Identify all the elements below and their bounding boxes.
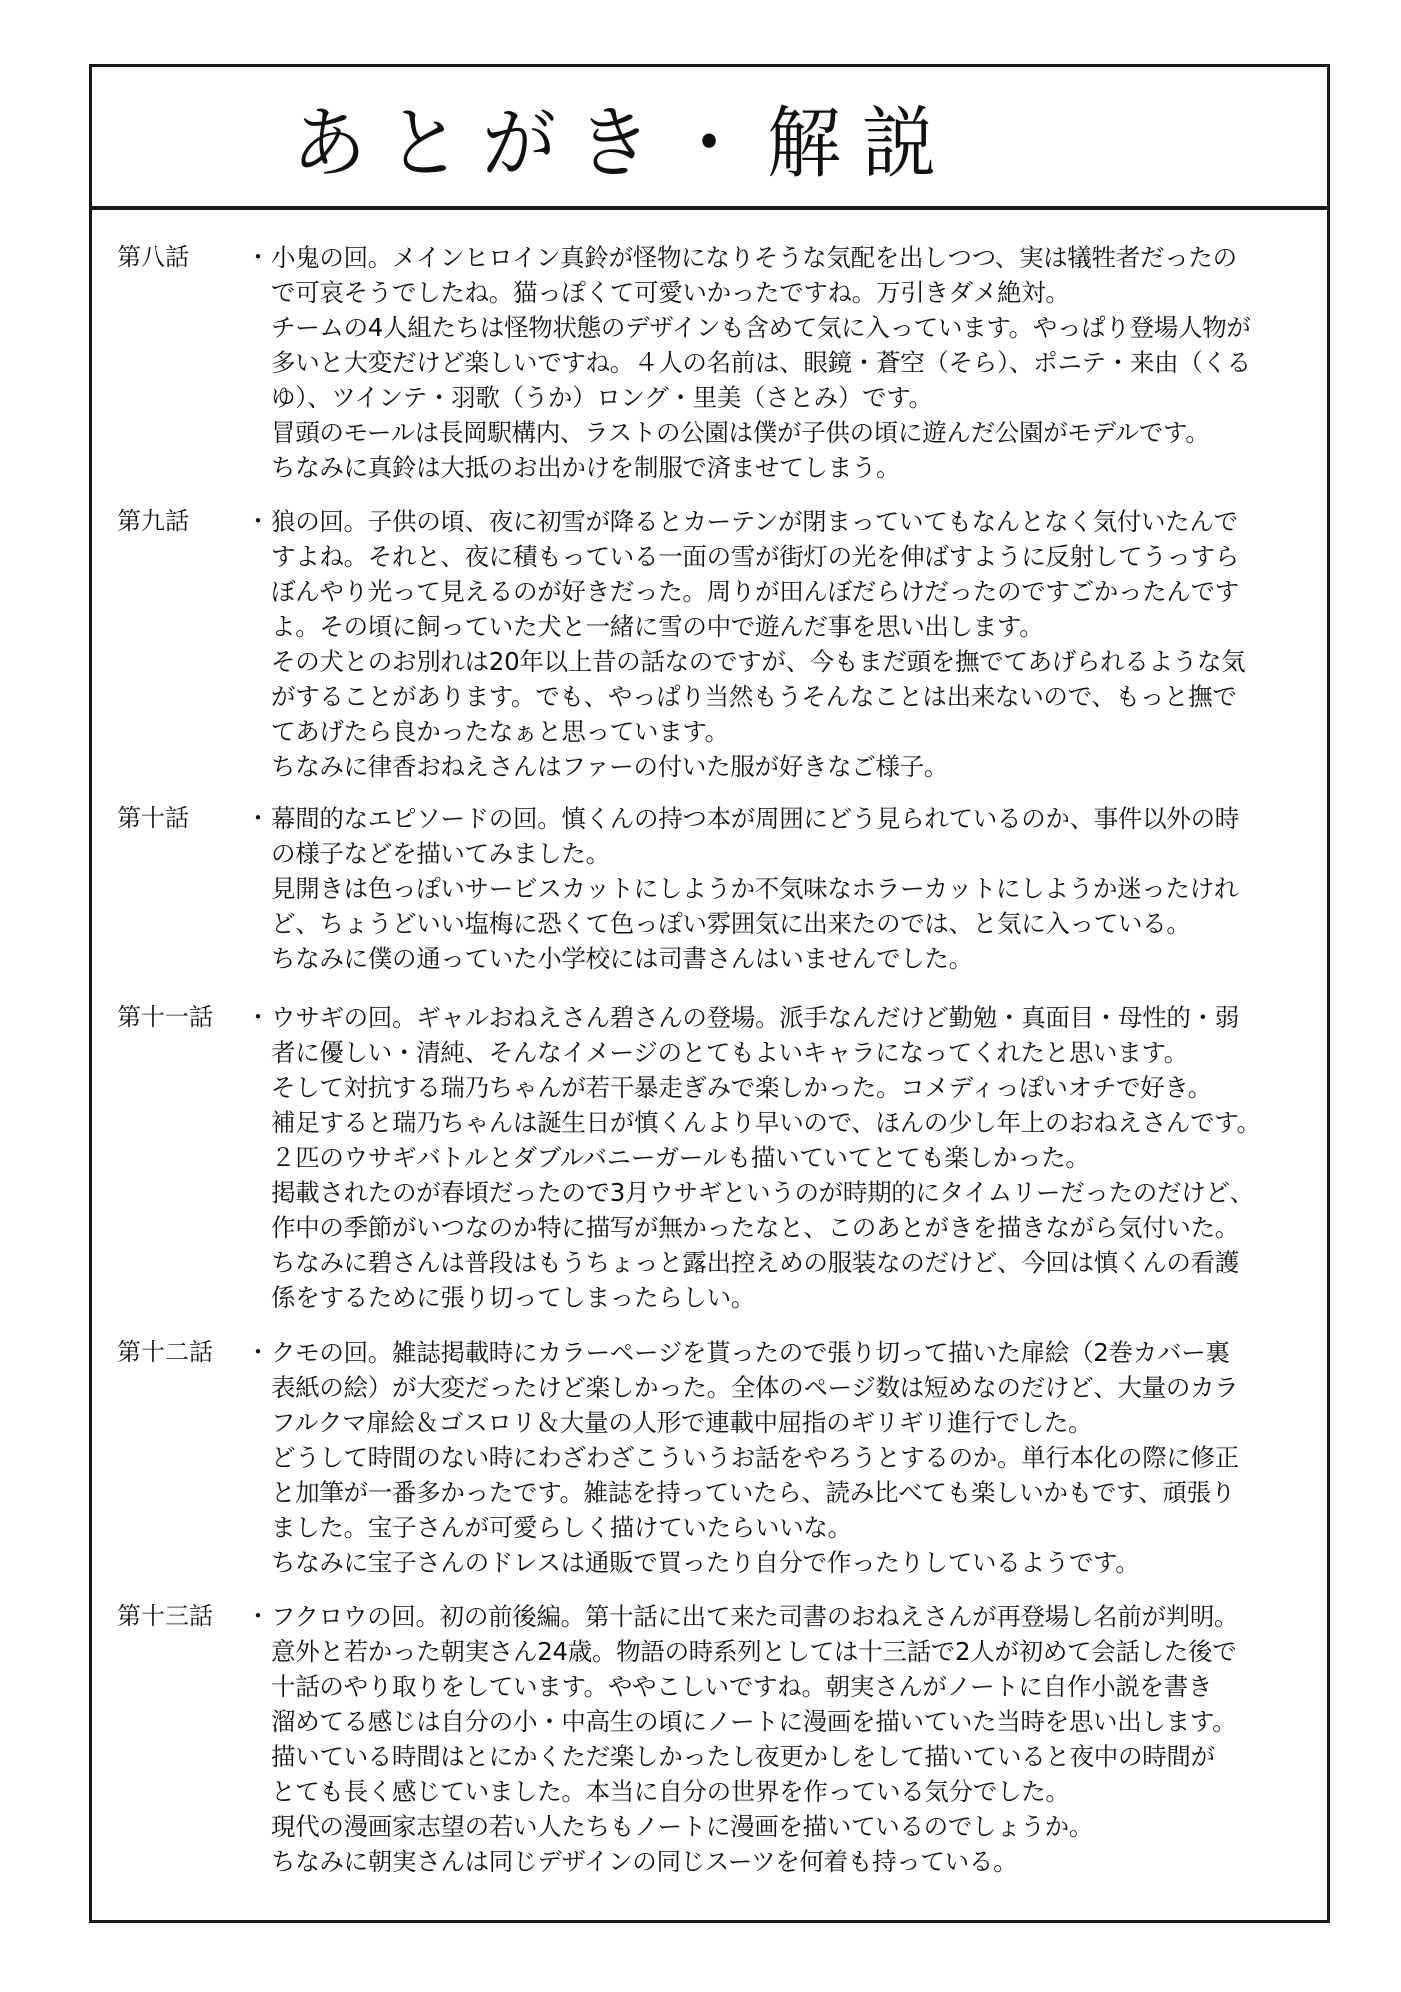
episode-label: 第九話	[117, 504, 189, 539]
episode-commentary: 小鬼の回。メインヒロイン真鈴が怪物になりそうな気配を出しつつ、実は犠牲者だったの…	[271, 240, 1251, 485]
commentary-line: の様子などを描いてみました。	[271, 836, 1239, 871]
commentary-line: 者に優しい・清純、そんなイメージのとてもよいキャラになってくれたと思います。	[271, 1035, 1261, 1070]
commentary-line: 作中の季節がいつなのか特に描写が無かったなと、このあとがきを描きながら気付いた。	[271, 1210, 1261, 1245]
commentary-line: 意外と若かった朝実さん24歳。物語の時系列としては十三話で2人が初めて会話した後…	[271, 1634, 1238, 1669]
episode-label: 第十二話	[117, 1335, 213, 1370]
bullet-marker: ・	[246, 504, 270, 539]
bullet-marker: ・	[246, 1599, 270, 1634]
commentary-line: ました。宝子さんが可愛らしく描けていたらいいな。	[271, 1510, 1239, 1545]
commentary-line: すよね。それと、夜に積もっている一面の雪が街灯の光を伸ばすように反射してうっすら	[271, 539, 1245, 574]
bullet-marker: ・	[246, 1000, 270, 1035]
episode-label: 第八話	[117, 240, 189, 275]
title-box: あとがき・解説	[92, 67, 1327, 210]
episode-commentary: 幕間的なエピソードの回。慎くんの持つ本が周囲にどう見られているのか、事件以外の時…	[271, 801, 1239, 976]
commentary-line: その犬とのお別れは20年以上昔の話なのですが、今もまだ頭を撫でてあげられるような…	[271, 644, 1245, 679]
commentary-line: どうして時間のない時にわざわざこういうお話をやろうとするのか。単行本化の際に修正	[271, 1440, 1239, 1475]
commentary-line: 掲載されたのが春頃だったので3月ウサギというのが時期的にタイムリーだったのだけど…	[271, 1175, 1261, 1210]
commentary-line: ちなみに碧さんは普段はもうちょっと露出控えめの服装なのだけど、今回は慎くんの看護	[271, 1245, 1261, 1280]
commentary-line: よ。その頃に飼っていた犬と一緒に雪の中で遊んだ事を思い出します。	[271, 609, 1245, 644]
episode-label: 第十一話	[117, 1000, 213, 1035]
commentary-line: 係をするために張り切ってしまったらしい。	[271, 1280, 1261, 1315]
commentary-line: ぼんやり光って見えるのが好きだった。周りが田んぼだらけだったのですごかったんです	[271, 574, 1245, 609]
commentary-line: 溜めてる感じは自分の小・中高生の頃にノートに漫画を描いていた当時を思い出します。	[271, 1704, 1238, 1739]
commentary-line: がすることがあります。でも、やっぱり当然もうそんなことは出来ないので、もっと撫で	[271, 679, 1245, 714]
commentary-line: ウサギの回。ギャルおねえさん碧さんの登場。派手なんだけど勤勉・真面目・母性的・弱	[271, 1000, 1261, 1035]
afterword-frame: あとがき・解説 第八話・小鬼の回。メインヒロイン真鈴が怪物になりそうな気配を出し…	[89, 64, 1330, 1923]
commentary-line: とても長く感じていました。本当に自分の世界を作っている気分でした。	[271, 1774, 1238, 1809]
commentary-line: ちなみに朝実さんは同じデザインの同じスーツを何着も持っている。	[271, 1844, 1238, 1879]
episode-label: 第十話	[117, 801, 189, 836]
commentary-line: 幕間的なエピソードの回。慎くんの持つ本が周囲にどう見られているのか、事件以外の時	[271, 801, 1239, 836]
commentary-line: てあげたら良かったなぁと思っています。	[271, 714, 1245, 749]
commentary-line: 見開きは色っぽいサービスカットにしようか不気味なホラーカットにしようか迷ったけれ	[271, 871, 1239, 906]
commentary-line: 小鬼の回。メインヒロイン真鈴が怪物になりそうな気配を出しつつ、実は犠牲者だったの	[271, 240, 1251, 275]
commentary-line: ゆ）、ツインテ・羽歌（うか）ロング・里美（さとみ）です。	[271, 380, 1251, 415]
commentary-line: 現代の漫画家志望の若い人たちもノートに漫画を描いているのでしょうか。	[271, 1809, 1238, 1844]
commentary-line: フルクマ扉絵＆ゴスロリ＆大量の人形で連載中屈指のギリギリ進行でした。	[271, 1405, 1239, 1440]
commentary-line: クモの回。雑誌掲載時にカラーページを貰ったので張り切って描いた扉絵（2巻カバー裏	[271, 1335, 1239, 1370]
commentary-line: フクロウの回。初の前後編。第十話に出て来た司書のおねえさんが再登場し名前が判明。	[271, 1599, 1238, 1634]
commentary-line: 描いている時間はとにかくただ楽しかったし夜更かしをして描いていると夜中の時間が	[271, 1739, 1238, 1774]
commentary-line: ちなみに真鈴は大抵のお出かけを制服で済ませてしまう。	[271, 450, 1251, 485]
commentary-line: 狼の回。子供の頃、夜に初雪が降るとカーテンが閉まっていてもなんとなく気付いたんで	[271, 504, 1245, 539]
episode-commentary: ウサギの回。ギャルおねえさん碧さんの登場。派手なんだけど勤勉・真面目・母性的・弱…	[271, 1000, 1261, 1315]
commentary-line: 十話のやり取りをしています。ややこしいですね。朝実さんがノートに自作小説を書き	[271, 1669, 1238, 1704]
commentary-line: そして対抗する瑞乃ちゃんが若干暴走ぎみで楽しかった。コメディっぽいオチで好き。	[271, 1070, 1261, 1105]
commentary-line: 補足すると瑞乃ちゃんは誕生日が慎くんより早いので、ほんの少し年上のおねえさんです…	[271, 1105, 1261, 1140]
commentary-line: ちなみに律香おねえさんはファーの付いた服が好きなご様子。	[271, 749, 1245, 784]
episode-commentary: フクロウの回。初の前後編。第十話に出て来た司書のおねえさんが再登場し名前が判明。…	[271, 1599, 1238, 1879]
bullet-marker: ・	[246, 240, 270, 275]
bullet-marker: ・	[246, 801, 270, 836]
commentary-line: ど、ちょうどいい塩梅に恐くて色っぽい雰囲気に出来たのでは、と気に入っている。	[271, 906, 1239, 941]
commentary-line: チームの4人組たちは怪物状態のデザインも含めて気に入っています。やっぱり登場人物…	[271, 310, 1251, 345]
commentary-line: ちなみに宝子さんのドレスは通販で買ったり自分で作ったりしているようです。	[271, 1545, 1239, 1580]
commentary-line: 冒頭のモールは長岡駅構内、ラストの公園は僕が子供の頃に遊んだ公園がモデルです。	[271, 415, 1251, 450]
commentary-line: 表紙の絵）が大変だったけど楽しかった。全体のページ数は短めなのだけど、大量のカラ	[271, 1370, 1239, 1405]
commentary-line: で可哀そうでしたね。猫っぽくて可愛いかったですね。万引きダメ絶対。	[271, 275, 1251, 310]
commentary-line: ちなみに僕の通っていた小学校には司書さんはいませんでした。	[271, 941, 1239, 976]
episode-commentary: クモの回。雑誌掲載時にカラーページを貰ったので張り切って描いた扉絵（2巻カバー裏…	[271, 1335, 1239, 1580]
commentary-line: ２匹のウサギバトルとダブルバニーガールも描いていてとても楽しかった。	[271, 1140, 1261, 1175]
bullet-marker: ・	[246, 1335, 270, 1370]
commentary-line: 多いと大変だけど楽しいですね。４人の名前は、眼鏡・蒼空（そら）、ポニテ・来由（く…	[271, 345, 1251, 380]
commentary-line: と加筆が一番多かったです。雑誌を持っていたら、読み比べても楽しいかもです、頑張り	[271, 1475, 1239, 1510]
episode-commentary: 狼の回。子供の頃、夜に初雪が降るとカーテンが閉まっていてもなんとなく気付いたんで…	[271, 504, 1245, 784]
page-title: あとがき・解説	[292, 81, 957, 193]
episode-label: 第十三話	[117, 1599, 213, 1634]
